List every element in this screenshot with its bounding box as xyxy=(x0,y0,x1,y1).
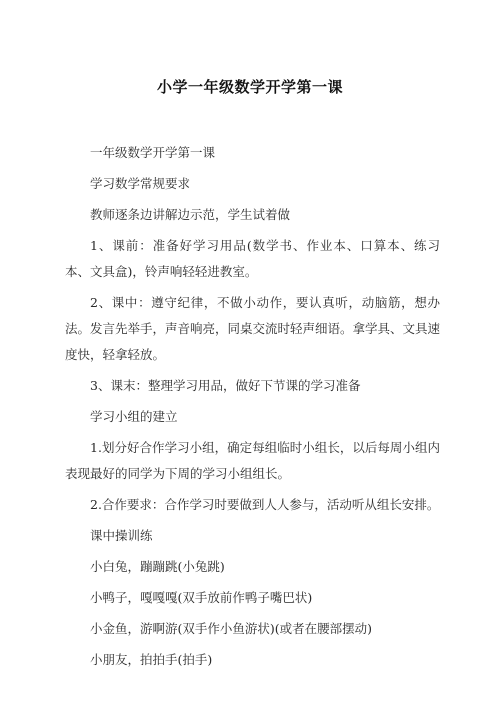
paragraph: 小鸭子，嘎嘎嘎(双手放前作鸭子嘴巴状) xyxy=(65,585,440,611)
paragraph: 小朋友，拍拍手(拍手) xyxy=(65,647,440,673)
document-body: 一年级数学开学第一课 学习数学常规要求 教师逐条边讲解边示范，学生试着做 1、课… xyxy=(65,140,440,678)
paragraph: 3、课末：整理学习用品，做好下节课的学习准备 xyxy=(65,373,440,399)
paragraph: 一年级数学开学第一课 xyxy=(65,140,440,166)
paragraph: 学习数学常规要求 xyxy=(65,171,440,197)
paragraph: 学习小组的建立 xyxy=(65,404,440,430)
paragraph: 2.合作要求：合作学习时要做到人人参与，活动听从组长安排。 xyxy=(65,492,440,518)
paragraph: 1.划分好合作学习小组，确定每组临时小组长，以后每周小组内表现最好的同学为下周的… xyxy=(65,435,440,487)
paragraph: 2、课中：遵守纪律，不做小动作，要认真听，动脑筋，想办法。发言先举手，声音响亮，… xyxy=(65,290,440,368)
paragraph: 1、课前：准备好学习用品(数学书、作业本、口算本、练习本、文具盒)，铃声响轻轻进… xyxy=(65,233,440,285)
paragraph: 教师逐条边讲解边示范，学生试着做 xyxy=(65,202,440,228)
document-title: 小学一年级数学开学第一课 xyxy=(0,76,500,97)
paragraph: 课中操训练 xyxy=(65,523,440,549)
paragraph: 小金鱼，游啊游(双手作小鱼游状)(或者在腰部摆动) xyxy=(65,616,440,642)
paragraph: 小白兔，蹦蹦跳(小兔跳) xyxy=(65,554,440,580)
